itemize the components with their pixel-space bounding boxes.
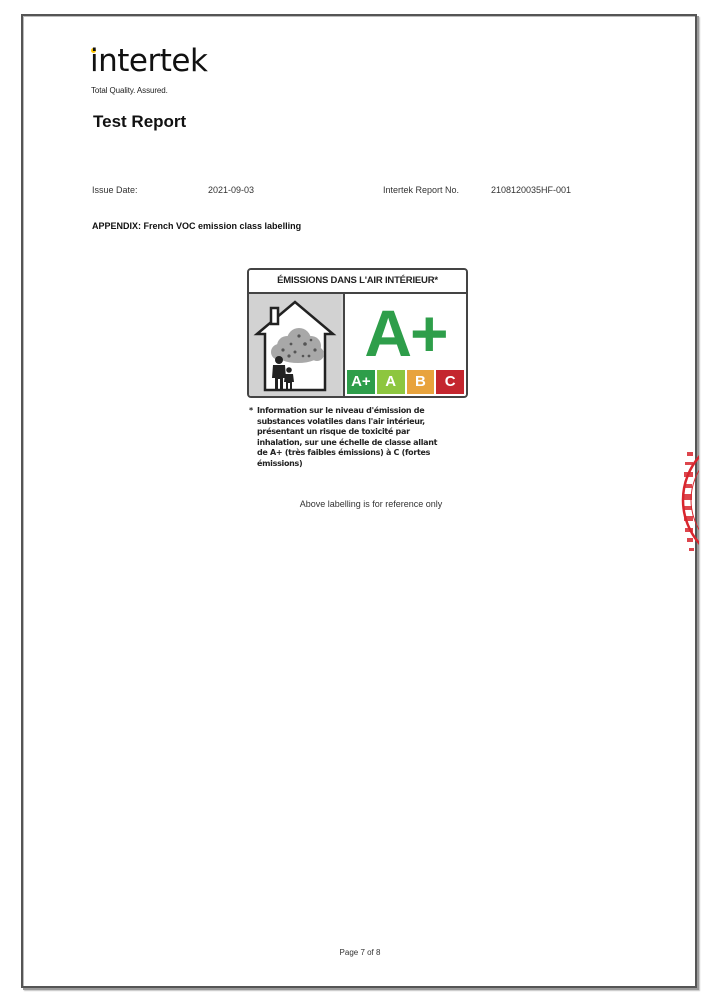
label-footnote: * Information sur le niveau d'émission d… <box>249 406 449 469</box>
emission-class-value: A+ <box>345 294 466 372</box>
report-no-value: 2108120035HF-001 <box>491 185 571 195</box>
footnote-marker: * <box>249 406 253 417</box>
red-seal-stamp-icon <box>679 430 699 570</box>
reference-note: Above labelling is for reference only <box>0 499 707 509</box>
emission-class-panel: A+ A+ A B C <box>343 294 466 396</box>
house-with-people-and-cloud-icon <box>249 294 341 396</box>
page-number: Page 7 of 8 <box>0 948 707 957</box>
issue-date-label: Issue Date: <box>92 185 138 195</box>
scale-cell-c: C <box>436 370 464 394</box>
intertek-logo: intertek <box>90 46 207 77</box>
scale-cell-b: B <box>407 370 435 394</box>
logo-tagline: Total Quality. Assured. <box>91 86 168 95</box>
voc-emission-label: ÉMISSIONS DANS L'AIR INTÉRIEUR* <box>247 268 468 398</box>
emission-class-scale: A+ A B C <box>347 370 464 394</box>
scale-cell-a-plus: A+ <box>347 370 375 394</box>
report-no-label: Intertek Report No. <box>383 185 459 195</box>
footnote-text: Information sur le niveau d'émission de … <box>257 406 449 469</box>
label-heading: ÉMISSIONS DANS L'AIR INTÉRIEUR* <box>249 270 466 294</box>
issue-date-value: 2021-09-03 <box>208 185 254 195</box>
scale-cell-a: A <box>377 370 405 394</box>
page-title: Test Report <box>93 112 186 132</box>
appendix-heading: APPENDIX: French VOC emission class labe… <box>92 221 301 231</box>
